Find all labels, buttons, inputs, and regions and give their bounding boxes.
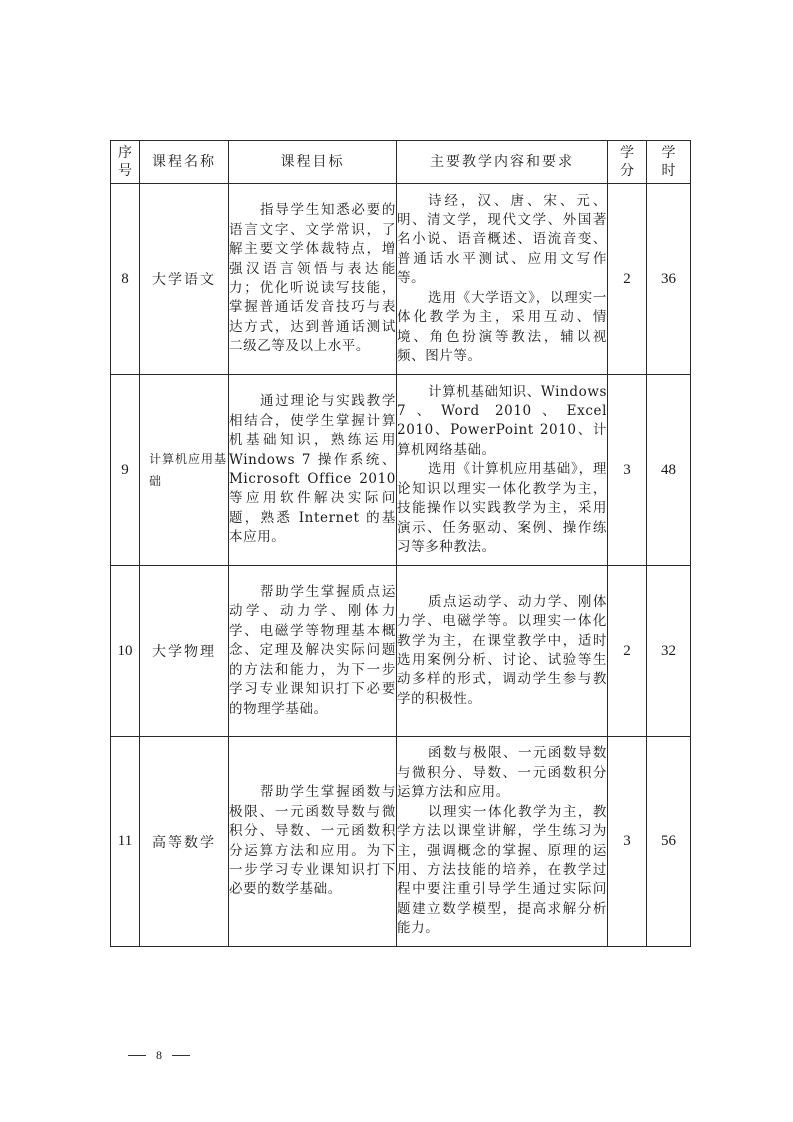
table-row: 11 高等数学 帮助学生掌握函数与极限、一元函数导数与微积分、导数、一元函数积分… (111, 737, 691, 947)
course-credit: 2 (608, 184, 647, 375)
content-paragraph: 诗经，汉、唐、宋、元、明、清文学，现代文学、外国著名小说、语音概述、语流音变、普… (397, 192, 607, 289)
content-paragraph: 质点运动学、动力学、刚体力学、电磁学等。以理实一体化教学为主，在课堂教学中，适时… (397, 593, 607, 709)
header-course-goal: 课程目标 (229, 141, 397, 184)
course-hours: 56 (647, 737, 691, 947)
course-table: 序号 课程名称 课程目标 主要教学内容和要求 学分 学时 8 大学语文 指导学生… (110, 140, 691, 947)
course-credit: 2 (608, 566, 647, 737)
course-content: 质点运动学、动力学、刚体力学、电磁学等。以理实一体化教学为主，在课堂教学中，适时… (397, 566, 608, 737)
header-hours: 学时 (647, 141, 691, 184)
course-content: 计算机基础知识、Windows 7、Word 2010、Excel 2010、P… (397, 375, 608, 566)
header-index: 序号 (111, 141, 140, 184)
table-row: 9 计算机应用基础 通过理论与实践教学相结合，使学生掌握计算机基础知识，熟练运用… (111, 375, 691, 566)
page-number: 8 (156, 1048, 162, 1063)
course-credit: 3 (608, 375, 647, 566)
content-paragraph: 选用《计算机应用基础》，理论知识以理实一体化教学为主，技能操作以实践教学为主，采… (397, 460, 607, 557)
course-goal: 帮助学生掌握质点运动学、动力学、刚体力学、电磁学等物理基本概念、定理及解决实际问… (229, 566, 397, 737)
course-name: 大学语文 (140, 184, 229, 375)
table-header-row: 序号 课程名称 课程目标 主要教学内容和要求 学分 学时 (111, 141, 691, 184)
page-footer: 8 (128, 1048, 190, 1063)
footer-dash-right (172, 1055, 190, 1056)
content-paragraph: 以理实一体化教学为主，教学方法以课堂讲解，学生练习为主，强调概念的掌握、原理的运… (397, 803, 607, 939)
course-goal: 通过理论与实践教学相结合，使学生掌握计算机基础知识，熟练运用 Windows 7… (229, 375, 397, 566)
table-row: 10 大学物理 帮助学生掌握质点运动学、动力学、刚体力学、电磁学等物理基本概念、… (111, 566, 691, 737)
course-name: 高等数学 (140, 737, 229, 947)
table-row: 8 大学语文 指导学生知悉必要的语言文字、文学常识，了解主要文学体裁特点，增强汉… (111, 184, 691, 375)
course-goal: 帮助学生掌握函数与极限、一元函数导数与微积分、导数、一元函数积分运算方法和应用。… (229, 737, 397, 947)
content-paragraph: 计算机基础知识、Windows 7、Word 2010、Excel 2010、P… (397, 383, 607, 461)
header-credit: 学分 (608, 141, 647, 184)
course-goal: 指导学生知悉必要的语言文字、文学常识，了解主要文学体裁特点，增强汉语言领悟与表达… (229, 184, 397, 375)
row-index: 9 (111, 375, 140, 566)
goal-paragraph: 通过理论与实践教学相结合，使学生掌握计算机基础知识，熟练运用 Windows 7… (229, 392, 396, 547)
goal-paragraph: 指导学生知悉必要的语言文字、文学常识，了解主要文学体裁特点，增强汉语言领悟与表达… (229, 201, 396, 356)
row-index: 11 (111, 737, 140, 947)
header-course-content: 主要教学内容和要求 (397, 141, 608, 184)
course-content: 函数与极限、一元函数导数与微积分、导数、一元函数积分运算方法和应用。 以理实一体… (397, 737, 608, 947)
goal-paragraph: 帮助学生掌握质点运动学、动力学、刚体力学、电磁学等物理基本概念、定理及解决实际问… (229, 583, 396, 719)
course-hours: 36 (647, 184, 691, 375)
footer-dash-left (128, 1055, 146, 1056)
content-paragraph: 函数与极限、一元函数导数与微积分、导数、一元函数积分运算方法和应用。 (397, 744, 607, 802)
header-course-name: 课程名称 (140, 141, 229, 184)
course-hours: 32 (647, 566, 691, 737)
goal-paragraph: 帮助学生掌握函数与极限、一元函数导数与微积分、导数、一元函数积分运算方法和应用。… (229, 783, 396, 899)
content-paragraph: 选用《大学语文》，以理实一体化教学为主，采用互动、情境、角色扮演等教法，辅以视频… (397, 289, 607, 367)
course-content: 诗经，汉、唐、宋、元、明、清文学，现代文学、外国著名小说、语音概述、语流音变、普… (397, 184, 608, 375)
row-index: 10 (111, 566, 140, 737)
row-index: 8 (111, 184, 140, 375)
course-name: 大学物理 (140, 566, 229, 737)
course-hours: 48 (647, 375, 691, 566)
course-name: 计算机应用基础 (140, 375, 229, 566)
course-credit: 3 (608, 737, 647, 947)
